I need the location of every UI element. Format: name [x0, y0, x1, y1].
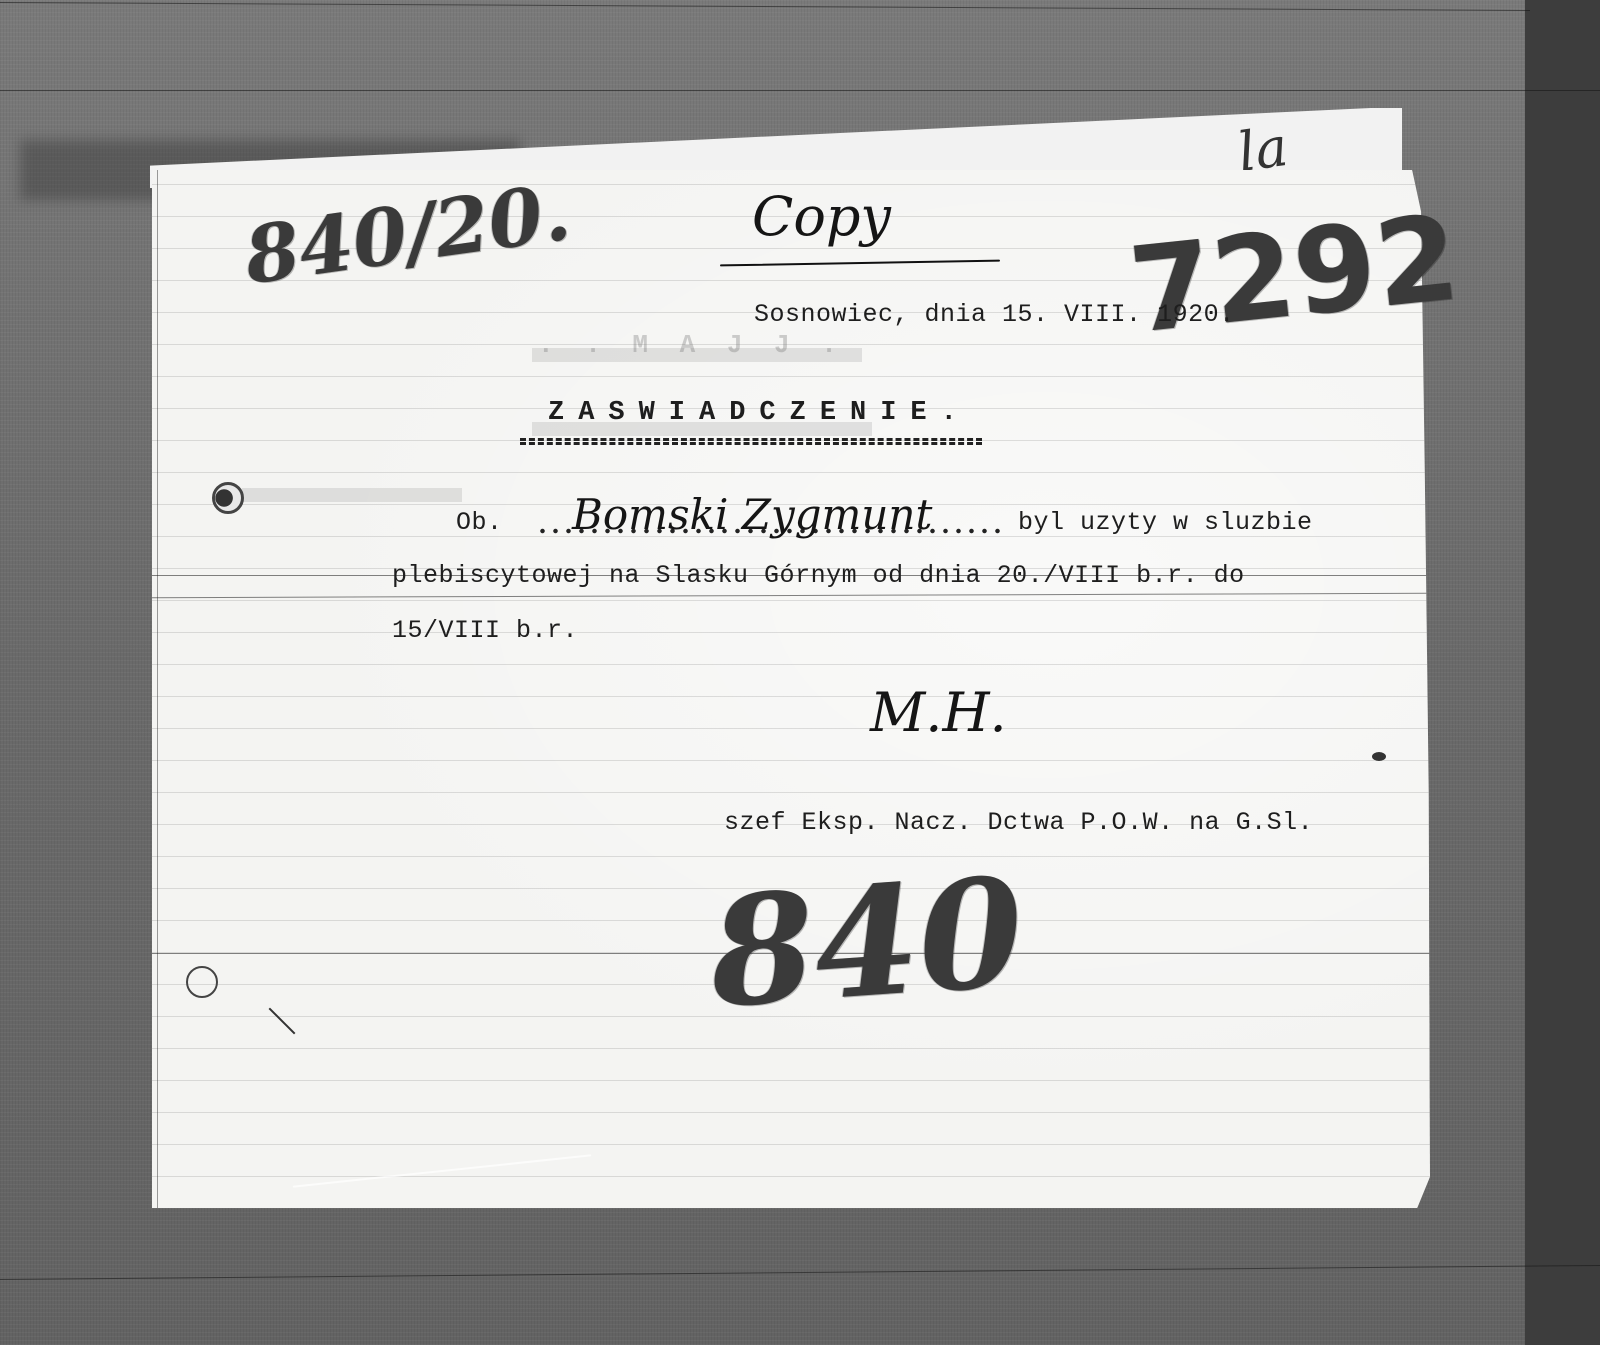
bleedthrough [242, 488, 462, 502]
scan-line [0, 90, 1600, 91]
punch-hole-ring [186, 966, 218, 998]
pencil-annotation-bottom: 840 [705, 857, 1028, 1028]
copy-mark: Copy [752, 190, 891, 244]
margin-line [157, 170, 158, 1208]
title-double-underline [520, 438, 982, 445]
body-line3: 15/VIII b.r. [392, 616, 578, 645]
body-line2: plebiscytowej na Slasku Górnym od dnia 2… [392, 561, 1245, 590]
bleedthrough-text: . . M A J J . [538, 330, 845, 360]
document-title: ZASWIADCZENIE. [548, 398, 971, 428]
signature-initials: M.H. [870, 686, 1007, 740]
place-date: Sosnowiec, dnia 15. VIII. 1920. [754, 300, 1235, 329]
ink-blot [1372, 752, 1386, 761]
scanner-edge-strip [1525, 0, 1600, 1345]
handwritten-name: Bomski Zygmunt [572, 494, 932, 536]
body-prefix: Ob. [456, 508, 503, 537]
signature-title: szef Eksp. Nacz. Dctwa P.O.W. na G.Sl. [724, 808, 1313, 837]
body-line1-suffix: byl uzyty w sluzbie [1018, 508, 1313, 537]
punch-hole [212, 482, 244, 514]
